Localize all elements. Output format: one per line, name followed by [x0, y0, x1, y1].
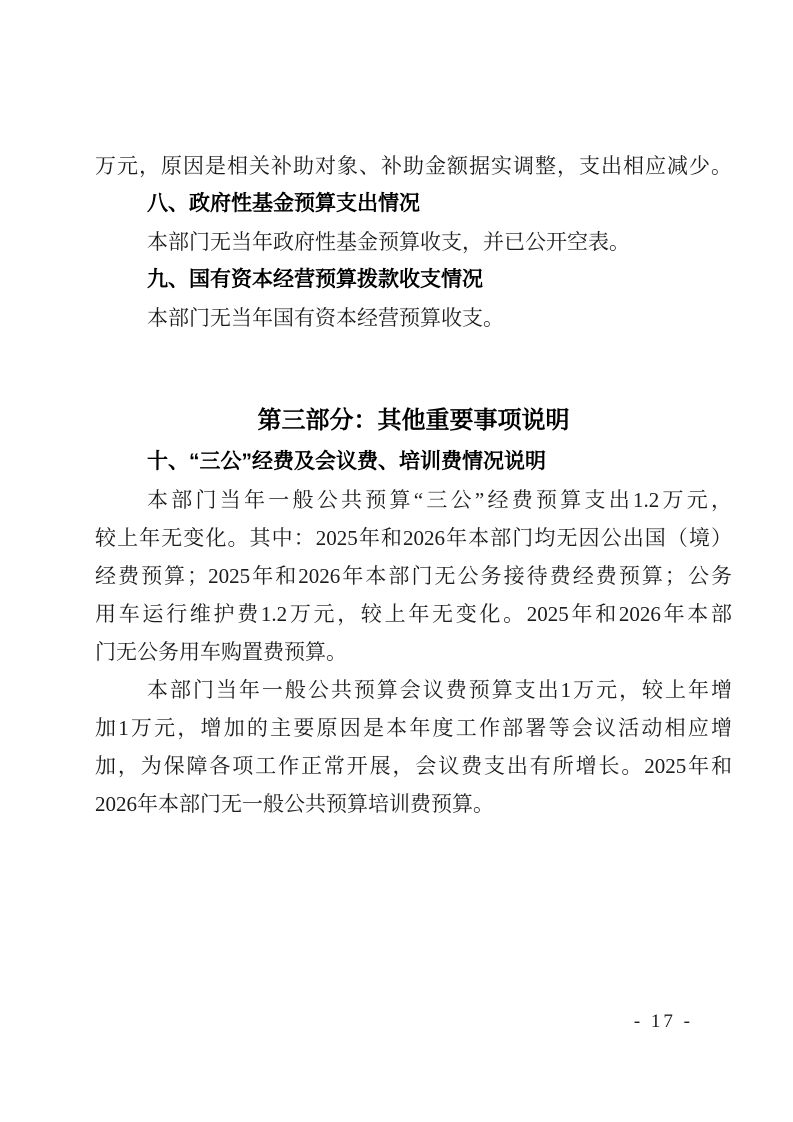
page-content: 万元，原因是相关补助对象、补助金额据实调整，支出相应减少。 八、政府性基金预算支… — [95, 147, 732, 823]
paragraph-line: 本部门当年一般公共预算“三公”经费预算支出1.2万元， — [95, 481, 732, 519]
paragraph-line: 经费预算；2025年和2026年本部门无公务接待费经费预算；公务 — [95, 557, 732, 595]
paragraph-sangong-expenses: 本部门当年一般公共预算“三公”经费预算支出1.2万元， 较上年无变化。其中：20… — [95, 481, 732, 671]
paragraph-line: 加，为保障各项工作正常开展，会议费支出有所增长。2025年和 — [95, 747, 732, 785]
part-3-title: 第三部分：其他重要事项说明 — [95, 399, 732, 443]
paragraph-line: 较上年无变化。其中：2025年和2026年本部门均无因公出国（境） — [95, 519, 732, 557]
section-8-heading: 八、政府性基金预算支出情况 — [95, 185, 732, 223]
paragraph-line: 2026年本部门无一般公共预算培训费预算。 — [95, 785, 732, 823]
section-9-heading: 九、国有资本经营预算拨款收支情况 — [95, 261, 732, 299]
document-page: 万元，原因是相关补助对象、补助金额据实调整，支出相应减少。 八、政府性基金预算支… — [0, 0, 793, 1122]
section-9-body: 本部门无当年国有资本经营预算收支。 — [95, 299, 732, 337]
page-number: - 17 - — [634, 1012, 693, 1031]
paragraph-line: 本部门当年一般公共预算会议费预算支出1万元，较上年增 — [95, 671, 732, 709]
continuation-line: 万元，原因是相关补助对象、补助金额据实调整，支出相应减少。 — [95, 147, 732, 185]
section-8-body: 本部门无当年政府性基金预算收支，并已公开空表。 — [95, 223, 732, 261]
paragraph-line: 用车运行维护费1.2万元，较上年无变化。2025年和2026年本部 — [95, 595, 732, 633]
paragraph-line: 门无公务用车购置费预算。 — [95, 633, 732, 671]
section-10-heading: 十、“三公”经费及会议费、培训费情况说明 — [95, 443, 732, 481]
paragraph-line: 加1万元，增加的主要原因是本年度工作部署等会议活动相应增 — [95, 709, 732, 747]
paragraph-meeting-fees: 本部门当年一般公共预算会议费预算支出1万元，较上年增 加1万元，增加的主要原因是… — [95, 671, 732, 823]
